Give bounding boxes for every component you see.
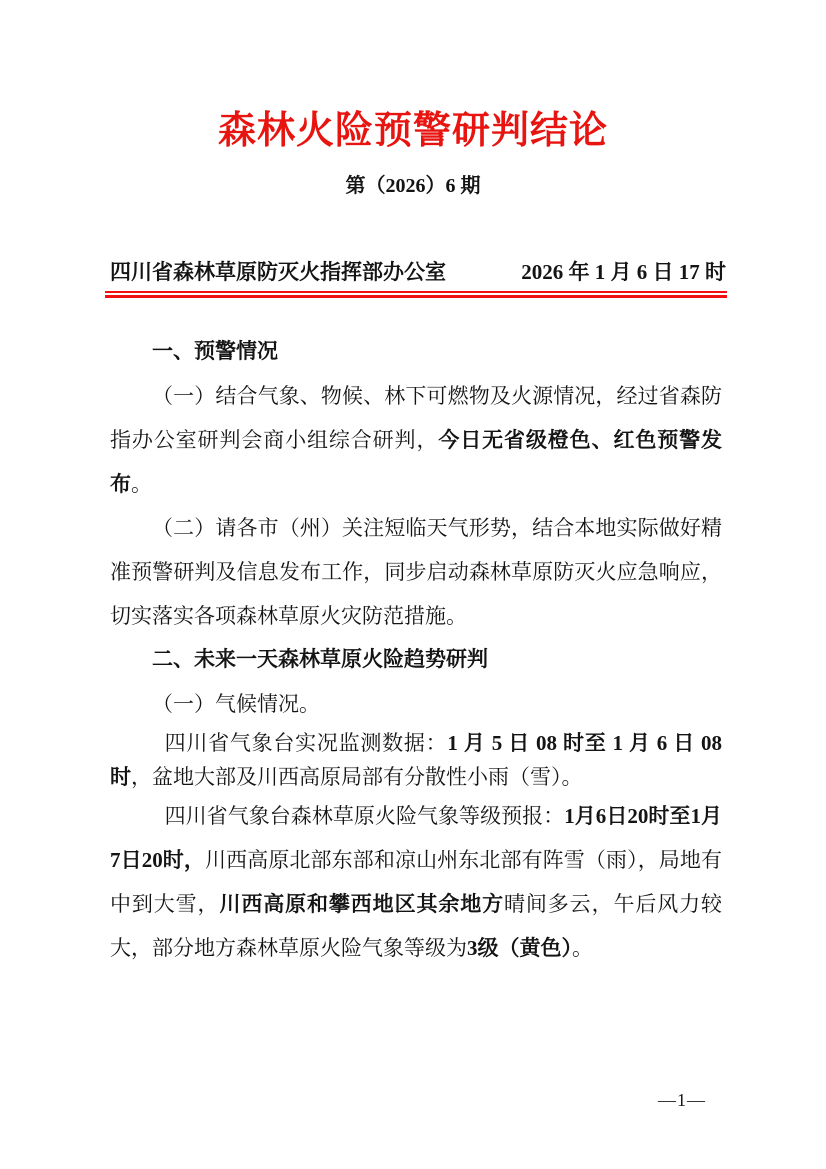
red-divider-rule	[105, 291, 727, 298]
emphasis-text: 川西高原和攀西地区其余地方	[219, 892, 504, 916]
body-text: 四川省气象台实况监测数据：	[165, 731, 448, 755]
document-body: 一、预警情况（一）结合气象、物候、林下可燃物及火源情况，经过省森防指办公室研判会…	[110, 330, 722, 970]
section-heading: 一、预警情况	[110, 330, 722, 374]
body-text: ，盆地大部及川西高原局部有分散性小雨（雪）。	[131, 765, 583, 789]
forecast-paragraph: 四川省气象台森林草原火险气象等级预报：1月6日20时至1月7日20时，川西高原北…	[110, 794, 722, 970]
paragraph: （二）请各市（州）关注短临天气形势，结合本地实际做好精准预警研判及信息发布工作，…	[110, 506, 722, 638]
body-text: 。	[131, 472, 152, 496]
issue-datetime: 2026 年 1 月 6 日 17 时	[521, 258, 726, 286]
document-title: 森林火险预警研判结论	[0, 102, 826, 160]
emphasis-text: 二、未来一天森林草原火险趋势研判	[152, 648, 488, 671]
emphasis-text: 3级（黄色）	[467, 936, 572, 960]
sub-heading: （一）气候情况。	[110, 682, 722, 726]
paragraph: （一）结合气象、物候、林下可燃物及火源情况，经过省森防指办公室研判会商小组综合研…	[110, 374, 722, 506]
page-number: —1—	[658, 1088, 706, 1112]
issue-number: 第（2026）6 期	[0, 172, 826, 200]
document-header-row: 四川省森林草原防灭火指挥部办公室 2026 年 1 月 6 日 17 时	[110, 258, 726, 286]
issuing-office: 四川省森林草原防灭火指挥部办公室	[110, 258, 446, 286]
section-heading: 二、未来一天森林草原火险趋势研判	[110, 638, 722, 682]
body-text: （一）气候情况。	[152, 692, 320, 716]
body-text: 。	[572, 936, 593, 960]
data-paragraph: 四川省气象台实况监测数据：1 月 5 日 08 时至 1 月 6 日 08 时，…	[110, 726, 722, 794]
body-text: 四川省气象台森林草原火险气象等级预报：	[165, 804, 565, 828]
document-page: 森林火险预警研判结论 第（2026）6 期 四川省森林草原防灭火指挥部办公室 2…	[0, 0, 826, 1169]
emphasis-text: 一、预警情况	[152, 340, 278, 363]
body-text: （二）请各市（州）关注短临天气形势，结合本地实际做好精准预警研判及信息发布工作，…	[110, 516, 722, 628]
